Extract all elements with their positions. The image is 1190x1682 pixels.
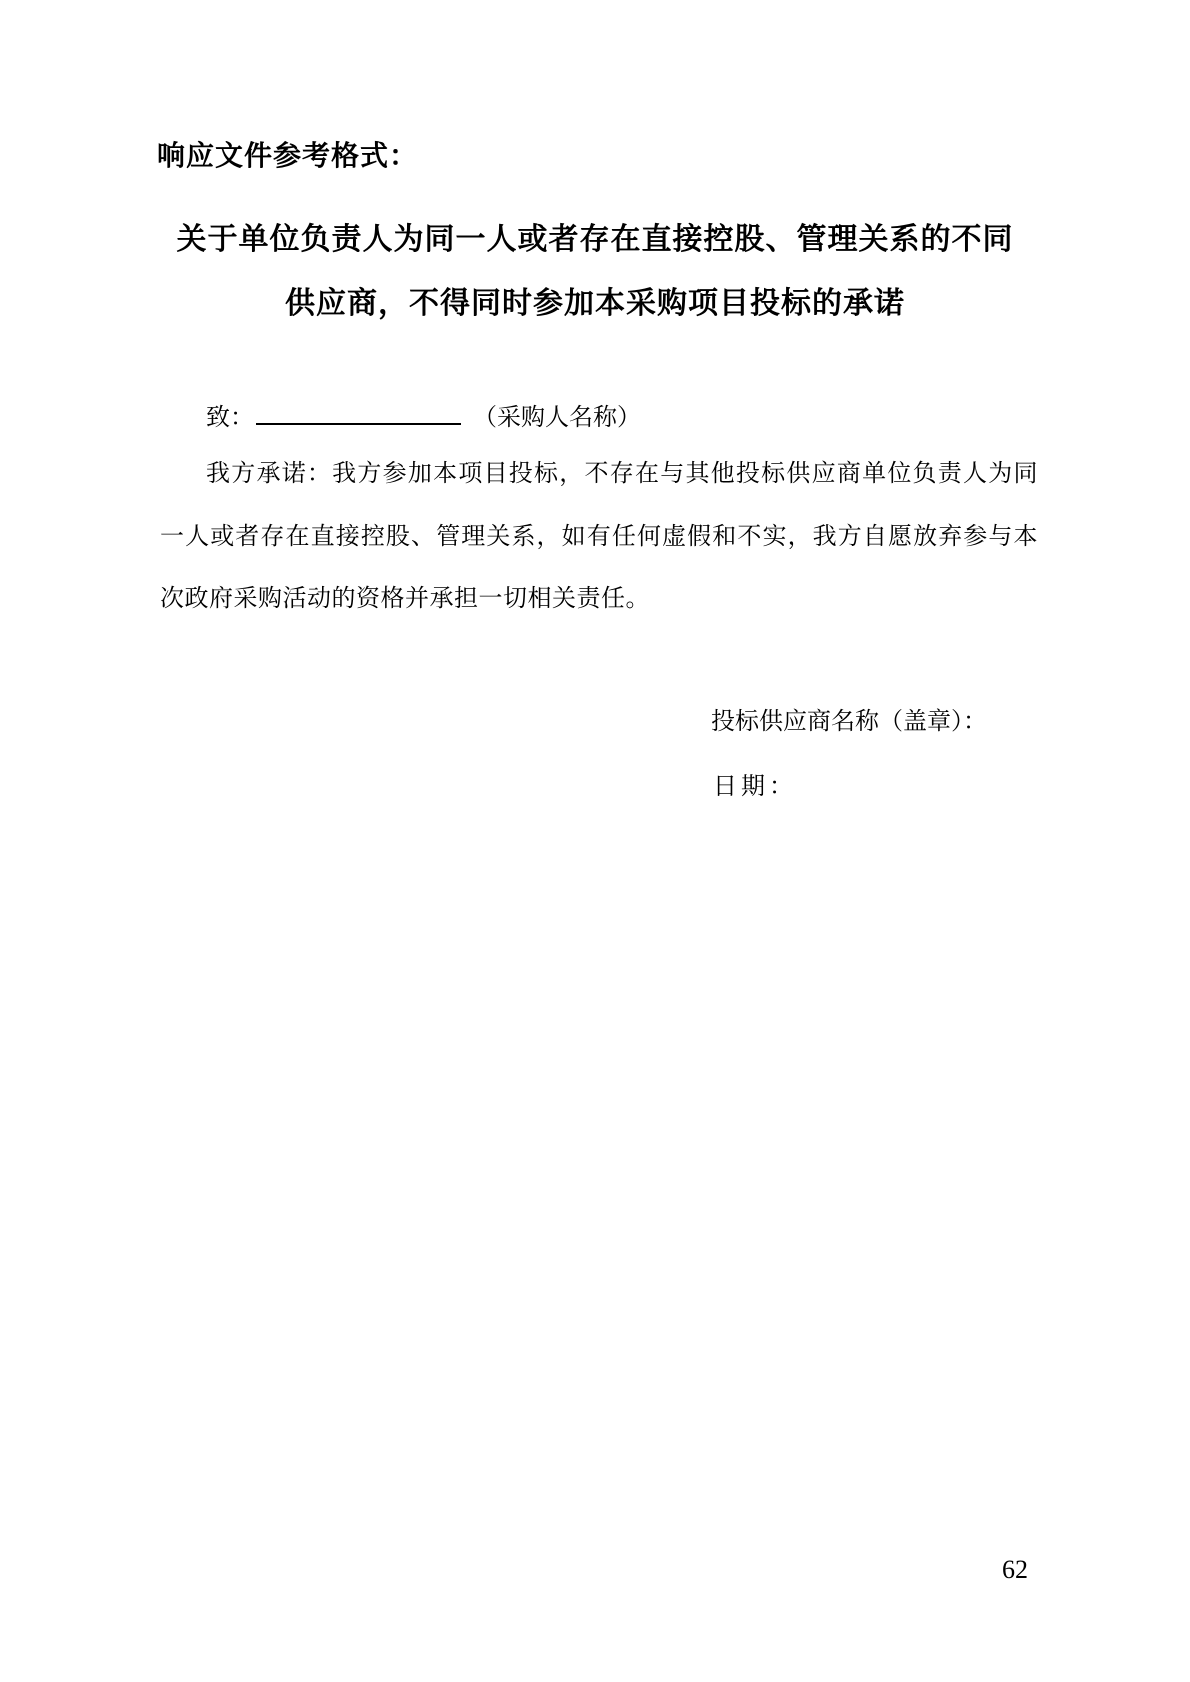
header-label: 响应文件参考格式： xyxy=(157,134,418,174)
addressee-prefix: 致： xyxy=(206,404,254,431)
document-title-line-1: 关于单位负责人为同一人或者存在直接控股、管理关系的不同 xyxy=(100,208,1090,272)
page-number: 62 xyxy=(1002,1555,1028,1585)
date-label: 日期： xyxy=(713,766,797,801)
addressee-suffix: （采购人名称） xyxy=(473,404,641,431)
addressee-line: 致：（采购人名称） xyxy=(160,397,641,432)
supplier-seal-label: 投标供应商名称（盖章）： xyxy=(711,701,987,736)
document-title: 关于单位负责人为同一人或者存在直接控股、管理关系的不同 供应商，不得同时参加本采… xyxy=(100,208,1090,336)
addressee-blank-line xyxy=(256,423,461,425)
commitment-paragraph: 我方承诺：我方参加本项目投标，不存在与其他投标供应商单位负责人为同一人或者存在直… xyxy=(160,443,1038,631)
document-title-line-2: 供应商，不得同时参加本采购项目投标的承诺 xyxy=(100,272,1090,336)
document-page: 响应文件参考格式： 关于单位负责人为同一人或者存在直接控股、管理关系的不同 供应… xyxy=(0,0,1190,1682)
